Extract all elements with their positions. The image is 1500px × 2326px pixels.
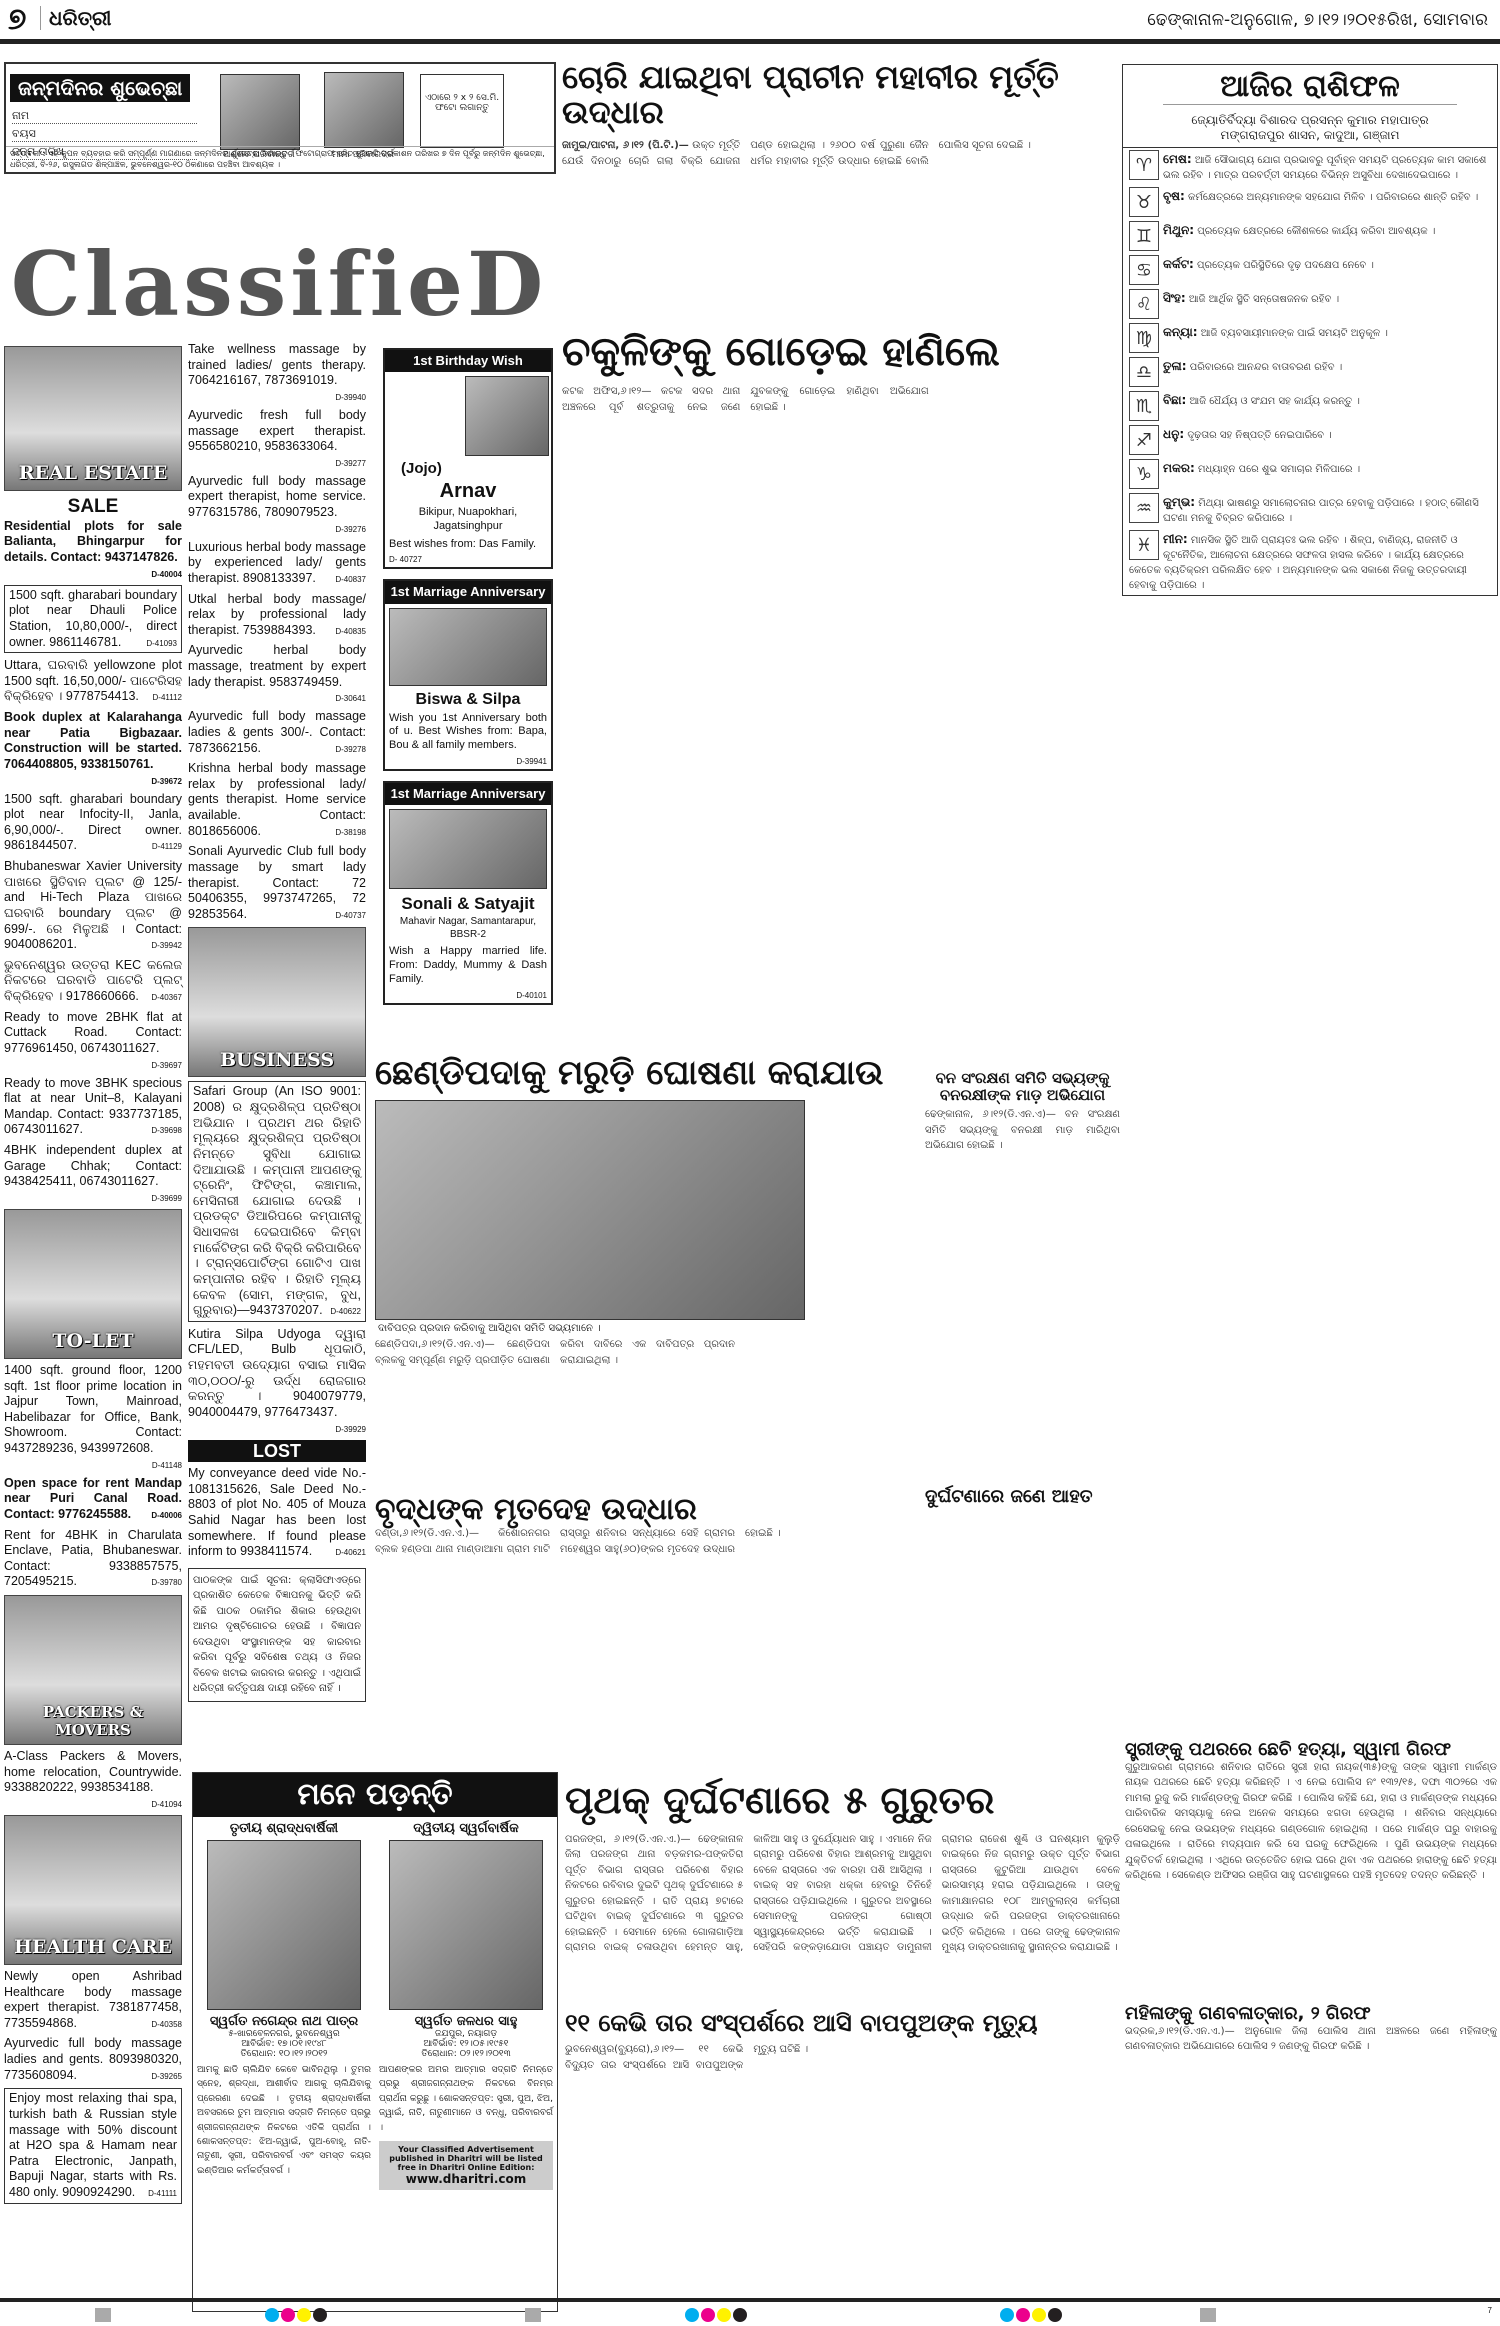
ad-code: D-40837 [335,575,366,585]
registration-dot [733,2308,747,2322]
lead-body: ଜାମୁଇ/ପାଟନା, ୬।୧୨ (ପି.ଟି.)— ଉକ୍ତ ମୂର୍ତ୍ତ… [562,138,1117,313]
ad-code: D-39697 [151,1061,182,1071]
classified-logo: ClassifieD [4,230,554,338]
registration-dot [1032,2308,1046,2322]
classified-column-2: Take wellness massage by trained ladies/… [188,342,366,1702]
five-injured-headline: ପୃଥକ୍ ଦୁର୍ଘଟଣାରେ ୫ ଗୁରୁତର [565,1780,1120,1822]
virgo-icon: ♍ [1129,323,1159,353]
zodiac-pisces: ♓ମୀନ: ମାନସିକ ସ୍ଥିତି ଆଜି ପ୍ରାୟତଃ ଭଲ ରହିବ … [1123,528,1497,595]
zodiac-aquarius: ♒କୁମ୍ଭ: ମିଥ୍ୟା ଭାଷଣରୁ ସମାଲୋଚନାର ପାତ୍ର ହେ… [1123,491,1497,528]
classified-ad: Residential plots for sale Balianta, Bhi… [4,519,182,580]
classified-ad: Ayurvedic herbal body massage, treatment… [188,643,366,704]
page-header: ୭ ଧରିତ୍ରୀ ଢେଙ୍କାନାଳ-ଅନୁଗୋଳ, ୭।୧୨।୨୦୧୫ରିଖ… [0,0,1500,44]
ad-code: D-39276 [335,525,366,535]
classified-ad: Safari Group (An ISO 9001: 2008) ର କ୍ଷୁଦ… [188,1081,366,1321]
couple-photo-2 [389,809,547,889]
child-photo [220,74,300,150]
zodiac-gemini: ♊ମିଥୁନ: ପ୍ରତ୍ୟେକ କ୍ଷେତ୍ରରେ କୌଶଳରେ କାର୍ଯ୍… [1123,219,1497,253]
wife-murder-headline: ସ୍ତ୍ରୀଙ୍କୁ ପଥରରେ ଛେଚି ହତ୍ୟା, ସ୍ୱାମୀ ଗିରଫ [1125,1740,1497,1760]
deceased-photo [207,1840,361,2010]
classified-ad: Ayurvedic full body massage ladies & gen… [188,709,366,756]
registration-dot [717,2308,731,2322]
pisces-icon: ♓ [1129,530,1159,560]
ad-code: D-41129 [152,842,182,852]
side-story: ବନ ସଂରକ୍ଷଣ ସମିତି ସଭ୍ୟଙ୍କୁ ବନରକ୍ଷୀଙ୍କ ମାଡ… [925,1070,1120,1507]
libra-icon: ♎ [1129,357,1159,387]
classified-ad: Ayurvedic full body massage ladies and g… [4,2036,182,2083]
footer-rule [0,2298,1500,2302]
classified-ad: Rent for 4BHK in Charulata Enclave, Pati… [4,1528,182,1591]
scorpio-icon: ♏ [1129,391,1159,421]
deceased-photo-2 [389,1840,543,2010]
dharitri-link[interactable]: www.dharitri.com [383,2172,549,2186]
ad-code: D-39929 [335,1425,366,1435]
classified-ad: Krishna herbal body massage relax by pro… [188,761,366,839]
ad-code: D-39780 [151,1578,182,1588]
ad-code: D-39278 [335,745,366,755]
rape-headline: ମହିଳାଙ୍କୁ ଗଣବଳାତ୍କାର, ୨ ଗିରଫ [1125,2004,1497,2024]
registration-dot [685,2308,699,2322]
ad-code: D-40367 [151,993,182,1003]
obituary-title: ମନେ ପଡ଼ନ୍ତି [193,1773,557,1817]
reader-notice: ପାଠକଙ୍କ ପାଇଁ ସୂଚନା: କ୍ଲାସିଫାଏଡ୍‌ରେ ପ୍ରକା… [188,1568,366,1702]
ad-code: D-41111 [148,2189,177,2199]
lead-story: ଚୋରି ଯାଇଥିବା ପ୍ରାଚୀନ ମହାବୀର ମୂର୍ତ୍ତି ଉଦ୍… [562,60,1117,313]
registration-dot [1000,2308,1014,2322]
news-photo [375,1100,805,1320]
five-injured-story: ପୃଥକ୍ ଦୁର୍ଘଟଣାରେ ୫ ଗୁରୁତର ପରଜଙ୍ଗ, ୬।୧୨(ଡ… [565,1780,1120,2232]
third-story: ଛେଣ୍ଡିପଦାକୁ ମରୁଡ଼ି ଘୋଷଣା କରାଯାଉ ଦାବିପତ୍ର… [375,1055,920,1616]
zodiac-aries: ♈ମେଷ: ଆଜି ସୌଭାଗ୍ୟ ଯୋଗ ପ୍ରଭାବରୁ ପୂର୍ବାହ୍ନ… [1123,148,1497,185]
ad-code: D-40737 [335,911,366,921]
classified-column-1: REAL ESTATE SALE Residential plots for s… [4,342,182,2209]
zodiac-sagittarius: ♐ଧନୁ: ଦୃଢ଼ତାର ସହ ନିଷ୍ପତ୍ତି ନେଇପାରିବେ । [1123,423,1497,457]
grey-mark [95,2308,111,2322]
classified-ad: 1500 sqft. gharabari boundary plot near … [4,585,182,654]
classified-ad: Sonali Ayurvedic Club full body massage … [188,844,366,922]
ad-code: D-40358 [151,2020,182,2030]
classified-ad: Uttara, ଘରବାରି yellowzone plot 1500 sqft… [4,658,182,705]
coupon-terms: ସର୍ତ୍ତାବଳୀ : ଏହି କୁପନ ବ୍ୟବହାର କରି ସମ୍ପୂର… [6,146,554,172]
photo-caption: ଦାବିପତ୍ର ପ୍ରଦାନ କରିବାକୁ ଆସିଥିବା ସମିତି ସଭ… [375,1320,920,1337]
zodiac-leo: ♌ସିଂହ: ଆଜି ଆର୍ଥିକ ସ୍ଥିତି ସନ୍ତୋଷଜନକ ରହିବ … [1123,287,1497,321]
ad-code: D-39265 [151,2072,182,2082]
couple-photo [389,608,547,686]
registration-dot [1048,2308,1062,2322]
ad-code: D-40622 [330,1307,361,1317]
classified-ad: 1400 sqft. ground floor, 1200 sqft. 1st … [4,1363,182,1471]
zodiac-list: ♈ମେଷ: ଆଜି ସୌଭାଗ୍ୟ ଯୋଗ ପ୍ରଭାବରୁ ପୂର୍ବାହ୍ନ… [1123,148,1497,595]
classified-ad: Newly open Ashribad Healthcare body mass… [4,1969,182,2032]
classified-ad: My conveyance deed vide No.- 1081315626,… [188,1466,366,1560]
accident-headline: ଦୁର୍ଘଟଣାରେ ଜଣେ ଆହତ [925,1487,1120,1507]
body-recovered-headline: ବୃଦ୍ଧଙ୍କ ମୃତଦେହ ଉଦ୍ଧାର [375,1493,920,1526]
third-headline: ଛେଣ୍ଡିପଦାକୁ ମରୁଡ଼ି ଘୋଷଣା କରାଯାଉ [375,1055,920,1092]
obituary-box: ମନେ ପଡ଼ନ୍ତି ତୃତୀୟ ଶ୍ରାଦ୍ଧବାର୍ଷିକୀ ସ୍ୱର୍ଗ… [192,1772,558,2312]
obituary-left: ତୃତୀୟ ଶ୍ରାଦ୍ଧବାର୍ଷିକୀ ସ୍ୱର୍ଗତ ନଗେନ୍ଦ୍ର ନ… [197,1821,371,2190]
obituary-right: ଦ୍ୱିତୀୟ ସ୍ୱର୍ଗବାର୍ଷିକ ସ୍ୱର୍ଗତ ଜଳଧର ସାହୁ … [379,1821,553,2190]
capricorn-icon: ♑ [1129,459,1159,489]
ad-code: D-30641 [335,694,366,704]
ad-code: D-40835 [335,627,366,637]
zodiac-virgo: ♍କନ୍ୟା: ଆଜି ବ୍ୟବସାୟୀମାନଙ୍କ ପାଇଁ ସମୟଟି ଅନ… [1123,321,1497,355]
classified-ad: Kutira Silpa Udyoga ଦ୍ୱାରା CFL/LED, Bulb… [188,1327,366,1435]
ad-code: D-41094 [151,1800,182,1810]
shock-headline: ୧୧ କେଭି ତାର ସଂସ୍ପର୍ଶରେ ଆସି ବାପପୁଅଙ୍କ ମୃତ… [565,2010,1120,2036]
grey-mark [1200,2308,1216,2322]
page-mark: 7 [1488,2306,1492,2315]
ad-code: D-39672 [151,777,182,787]
lost-heading: LOST [188,1440,366,1463]
horoscope-box: ଆଜିର ରାଶିଫଳ ଜ୍ୟୋତିର୍ବିଦ୍ୟା ବିଶାରଦ ପ୍ରସନ୍… [1122,64,1498,596]
cancer-icon: ♋ [1129,255,1159,285]
registration-dot [281,2308,295,2322]
ad-code: D-39940 [335,393,366,403]
classified-ad: Ready to move 3BHK specious flat at near… [4,1076,182,1139]
second-body: କଟକ ଅଫିସ,୬।୧୨— କଟକ ସଦର ଥାନା ଅଞ୍ଚଳରେ ପୂର୍… [562,384,1117,1014]
health-care-banner: HEALTH CARE [4,1815,182,1965]
ad-code: D-41112 [153,693,183,703]
lead-headline: ଚୋରି ଯାଇଥିବା ପ୍ରାଚୀନ ମହାବୀର ମୂର୍ତ୍ତି ଉଦ୍… [562,60,1117,130]
anniversary-wish-1: 1st Marriage Anniversary Biswa & Silpa W… [383,579,553,771]
real-estate-banner: REAL ESTATE [4,346,182,491]
to-let-banner: TO-LET [4,1209,182,1359]
registration-dot [265,2308,279,2322]
ad-code: D-39277 [335,459,366,469]
classified-ad: Book duplex at Kalarahanga near Patia Bi… [4,710,182,787]
classified-ad: Bhubaneswar Xavier University ପାଖରେ ସ୍ଥି… [4,859,182,953]
coupon-title: ଜନ୍ମଦିନର ଶୁଭେଚ୍ଛା [10,74,190,102]
child-photo-2 [324,72,404,148]
registration-dot [701,2308,715,2322]
ad-code: D-41148 [152,1461,182,1471]
classified-ad: Ayurvedic fresh full body massage expert… [188,408,366,469]
ad-code: D-38198 [335,828,366,838]
ad-code: D-40006 [151,1511,182,1521]
classified-ad: Luxurious herbal body massage by experie… [188,540,366,587]
birthday-coupon: ଜନ୍ମଦିନର ଶୁଭେଚ୍ଛା ନାମ ବୟସ ଜନ୍ମ ତାରିଖ ଅର୍… [4,62,556,174]
page-number: ୭ [8,2,26,37]
coupon-field-age: ବୟସ [12,127,197,142]
taurus-icon: ♉ [1129,187,1159,217]
leo-icon: ♌ [1129,289,1159,319]
zodiac-libra: ♎ତୁଳା: ପରିବାରରେ ଆନନ୍ଦର ବାତାବରଣ ରହିବ । [1123,355,1497,389]
astrologer: ଜ୍ୟୋତିର୍ବିଦ୍ୟା ବିଶାରଦ ପ୍ରସନ୍ନ କୁମାର ମହାପ… [1123,109,1497,148]
registration-dot [1016,2308,1030,2322]
sagittarius-icon: ♐ [1129,425,1159,455]
ad-code: D-41093 [146,639,177,649]
wishes-column: 1st Birthday Wish (Jojo) Arnav Bikipur, … [383,348,553,1015]
anniversary-wish-2: 1st Marriage Anniversary Sonali & Satyaj… [383,781,553,1005]
classified-ad: A-Class Packers & Movers, home relocatio… [4,1749,182,1810]
baby-photo [465,376,549,456]
classified-ad: ଭୁବନେଶ୍ୱର ଉତ୍ତରା KEC କଲେଜ ନିକଟରେ ଘରବାଡି … [4,958,182,1005]
horoscope-title: ଆଜିର ରାଶିଫଳ [1163,69,1457,105]
gemini-icon: ♊ [1129,221,1159,251]
classified-ad: Ayurvedic full body massage expert thera… [188,474,366,535]
photo-placeholder: ଏଠାରେ ୨ x ୨ ସେ.ମି. ଫଟୋ ଲଗାନ୍ତୁ [420,74,504,148]
registration-dot [313,2308,327,2322]
sale-heading: SALE [4,495,182,519]
zodiac-scorpio: ♏ବିଛା: ଆଜି ଧୈର୍ଯ୍ୟ ଓ ସଂଯମ ସହ କାର୍ଯ୍ୟ କରନ… [1123,389,1497,423]
coupon-field-name: ନାମ [12,109,197,124]
aquarius-icon: ♒ [1129,493,1159,523]
ad-code: D-39942 [151,941,182,951]
second-story: ଚକୁଳିଙ୍କୁ ଗୋଡ଼େଇ ହାଣିଲେ କଟକ ଅଫିସ,୬।୧୨— କ… [562,330,1117,1014]
second-headline: ଚକୁଳିଙ୍କୁ ଗୋଡ଼େଇ ହାଣିଲେ [562,330,1117,374]
classified-ad: Ready to move 2BHK flat at Cuttack Road.… [4,1010,182,1071]
packers-movers-banner: PACKERS & MOVERS [4,1595,182,1745]
side-headline: ବନ ସଂରକ୍ଷଣ ସମିତି ସଭ୍ୟଙ୍କୁ ବନରକ୍ଷୀଙ୍କ ମାଡ… [925,1070,1120,1103]
ad-code: D-40004 [151,570,182,580]
classified-ad: Utkal herbal body massage/ relax by prof… [188,592,366,639]
registration-dot [297,2308,311,2322]
online-edition-note: Your Classified Advertisement published … [379,2141,553,2190]
aries-icon: ♈ [1129,150,1159,180]
ad-code: D-39699 [151,1194,182,1204]
masthead-logo: ଧରିତ୍ରୀ [40,6,111,30]
classified-ad: Take wellness massage by trained ladies/… [188,342,366,403]
zodiac-taurus: ♉ବୃଷ: କର୍ମକ୍ଷେତ୍ରରେ ଅନ୍ୟମାନଙ୍କ ସହଯୋଗ ମିଳ… [1123,185,1497,219]
wife-murder-story: ସ୍ତ୍ରୀଙ୍କୁ ପଥରରେ ଛେଚି ହତ୍ୟା, ସ୍ୱାମୀ ଗିରଫ… [1125,1740,1497,2264]
birthday-wish: 1st Birthday Wish (Jojo) Arnav Bikipur, … [383,348,553,569]
ad-code: D-40621 [335,1548,366,1558]
zodiac-capricorn: ♑ମକର: ମଧ୍ୟାହ୍ନ ପରେ ଶୁଭ ସମାଚାର ମିଳିପାରେ । [1123,457,1497,491]
ad-code: D-39698 [151,1126,182,1136]
classified-ad: 1500 sqft. gharabari boundary plot near … [4,792,182,855]
business-banner: BUSINESS [188,927,366,1077]
classified-ad: 4BHK independent duplex at Garage Chhak;… [4,1143,182,1204]
zodiac-cancer: ♋କର୍କଟ: ପ୍ରତ୍ୟେକ ପରିସ୍ଥିତିରେ ଦୃଢ଼ ପଦକ୍ଷେ… [1123,253,1497,287]
grey-mark [525,2308,541,2322]
classified-ad: Enjoy most relaxing thai spa, turkish ba… [4,2088,182,2203]
dateline: ଢେଙ୍କାନାଳ-ଅନୁଗୋଳ, ୭।୧୨।୨୦୧୫ରିଖ, ସୋମବାର [1147,10,1488,30]
classified-ad: Open space for rent Mandap near Puri Can… [4,1476,182,1523]
